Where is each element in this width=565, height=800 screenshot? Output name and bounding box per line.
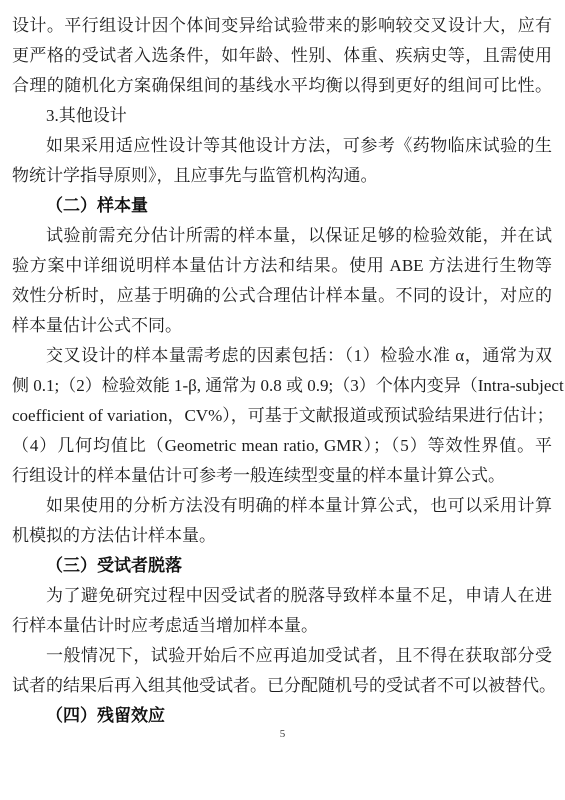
text-line: 如果使用的分析方法没有明确的样本量计算公式，也可以采用计算: [12, 491, 552, 521]
section-heading: （三）受试者脱落: [12, 551, 552, 581]
text-line: 如果采用适应性设计等其他设计方法，可参考《药物临床试验的生: [12, 131, 552, 161]
text-line: 3.其他设计: [12, 101, 552, 131]
text-line: 合理的随机化方案确保组间的基线水平均衡以得到更好的组间可比性。: [12, 71, 552, 101]
text-line: 试者的结果后再入组其他受试者。已分配随机号的受试者不可以被替代。: [12, 671, 552, 701]
text-line: 行样本量估计时应考虑适当增加样本量。: [12, 611, 552, 641]
text-line: 一般情况下，试验开始后不应再追加受试者，且不得在获取部分受: [12, 641, 552, 671]
text-line: 设计。平行组设计因个体间变异给试验带来的影响较交叉设计大，应有: [12, 11, 552, 41]
page-number: 5: [0, 727, 565, 741]
text-line: 验方案中详细说明样本量估计方法和结果。使用 ABE 方法进行生物等: [12, 251, 552, 281]
text-line: 行组设计的样本量估计可参考一般连续型变量的样本量计算公式。: [12, 461, 552, 491]
text-line: 试验前需充分估计所需的样本量，以保证足够的检验效能，并在试: [12, 221, 552, 251]
text-line: 效性分析时，应基于明确的公式合理估计样本量。不同的设计，对应的: [12, 281, 552, 311]
text-line: 机模拟的方法估计样本量。: [12, 521, 552, 551]
section-heading: （二）样本量: [12, 191, 552, 221]
text-line: 为了避免研究过程中因受试者的脱落导致样本量不足，申请人在进: [12, 581, 552, 611]
text-line: 交叉设计的样本量需考虑的因素包括：（1）检验水准 α，通常为双: [12, 341, 552, 371]
text-line: coefficient of variation，CV%），可基于文献报道或预试…: [12, 401, 552, 431]
text-line: （4）几何均值比（Geometric mean ratio, GMR）；（5）等…: [12, 431, 552, 461]
text-line: 侧 0.1;（2）检验效能 1-β, 通常为 0.8 或 0.9;（3）个体内变…: [12, 371, 552, 401]
text-line: 样本量估计公式不同。: [12, 311, 552, 341]
document-page-body: 设计。平行组设计因个体间变异给试验带来的影响较交叉设计大，应有更严格的受试者入选…: [12, 11, 552, 731]
text-line: 物统计学指导原则》，且应事先与监管机构沟通。: [12, 161, 552, 191]
text-line: 更严格的受试者入选条件，如年龄、性别、体重、疾病史等，且需使用: [12, 41, 552, 71]
